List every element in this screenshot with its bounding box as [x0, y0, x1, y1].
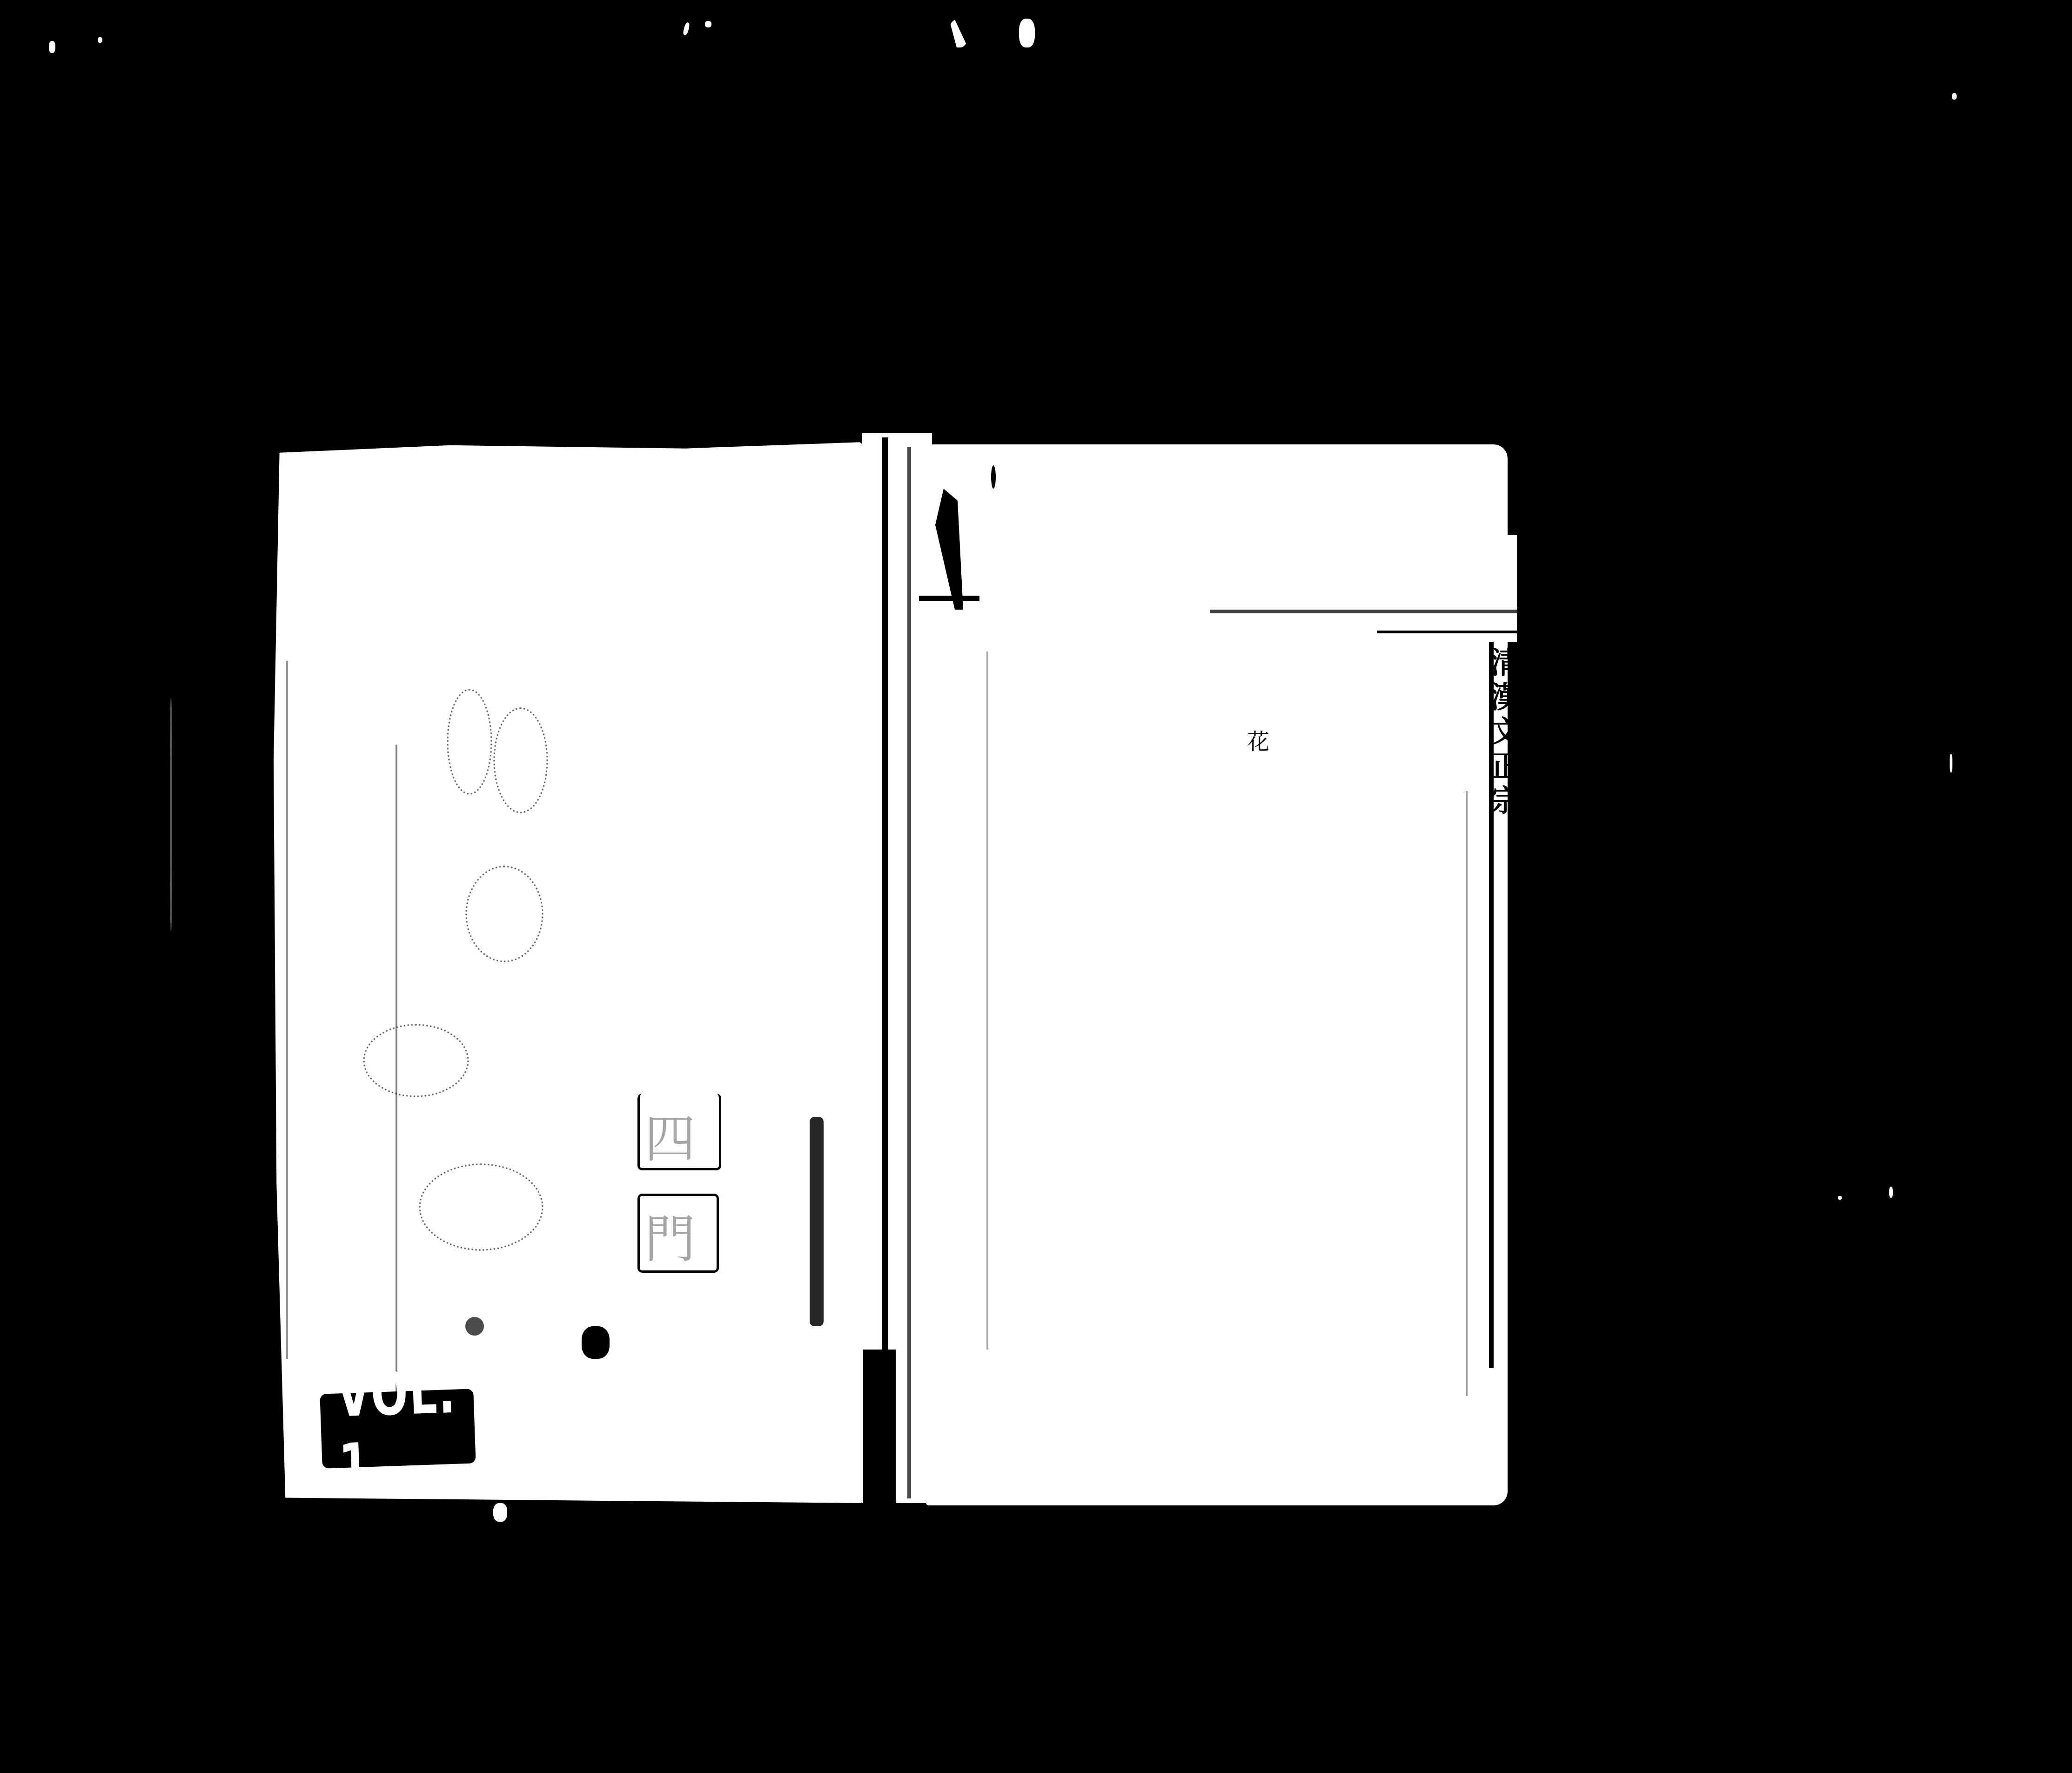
- speck: [949, 20, 968, 47]
- speck: [98, 37, 102, 43]
- faint-character: [363, 1024, 469, 1097]
- speck: [49, 41, 55, 53]
- faint-character: [419, 1163, 543, 1251]
- speck: [1838, 1196, 1842, 1200]
- header-rule: [1210, 610, 1517, 613]
- spine-shadow: [863, 1350, 896, 1503]
- ink-stain: [991, 465, 996, 489]
- right-page-tab: [1480, 535, 1517, 642]
- page-edge-shadow: [1522, 647, 1605, 1508]
- header-rule: [1377, 631, 1517, 633]
- speck: [1019, 19, 1035, 47]
- right-page: [926, 444, 1508, 1505]
- faint-character: 花: [1247, 724, 1269, 756]
- scan-background: 四 門 VOL. 1 花 清漢文正宗: [0, 0, 2072, 1773]
- boxed-character: 門: [644, 1198, 696, 1272]
- spine-edge: [907, 447, 911, 1498]
- cover-rule-line: [396, 745, 397, 1396]
- ink-stain: [919, 596, 979, 601]
- spine-edge: [882, 437, 888, 1503]
- column-rule: [1466, 791, 1468, 1396]
- binding-thread: [810, 1117, 824, 1326]
- speck: [683, 22, 691, 36]
- volume-label: VOL. 1: [320, 1389, 476, 1468]
- speck: [705, 21, 711, 27]
- vertical-title: 清漢文正宗: [1491, 647, 1524, 819]
- faint-character: [465, 866, 543, 962]
- boxed-character: 四: [644, 1098, 696, 1172]
- volume-label-text: VOL. 1: [335, 1356, 460, 1502]
- column-rule: [986, 651, 988, 1350]
- speck: [493, 1503, 507, 1522]
- ink-smudge: [582, 1326, 610, 1359]
- speck: [1952, 93, 1957, 100]
- left-cover-page: [274, 442, 862, 1503]
- cover-rule-line: [286, 661, 288, 1359]
- speck: [1889, 1187, 1893, 1198]
- speck: [170, 698, 172, 931]
- faint-character: [447, 689, 492, 795]
- faint-character: [493, 707, 548, 813]
- book-spine: [862, 433, 932, 1503]
- speck: [1950, 754, 1952, 772]
- ink-smudge: [465, 1317, 484, 1336]
